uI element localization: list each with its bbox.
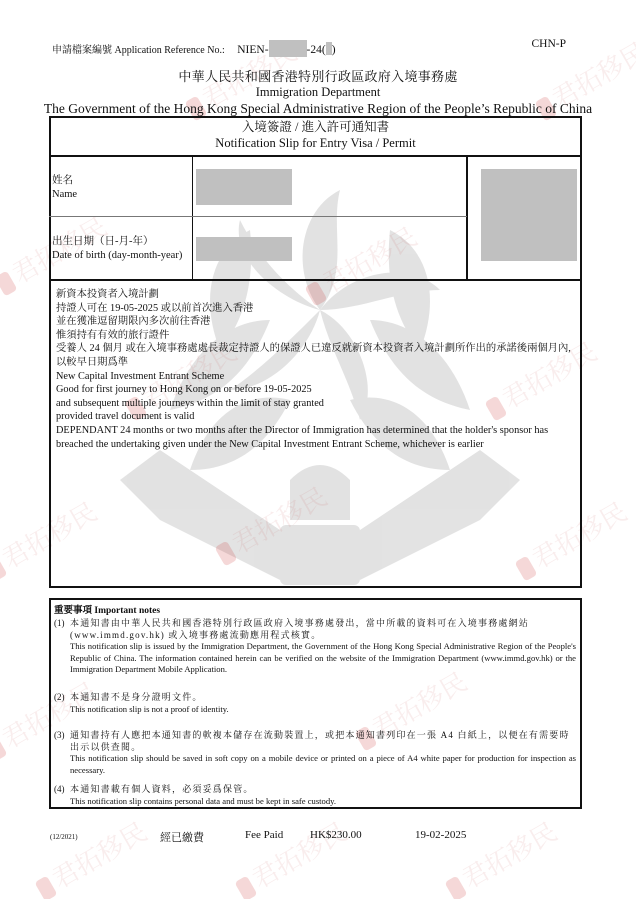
photo-redacted: [481, 169, 577, 261]
reference-number: NIEN--24(): [237, 44, 335, 56]
name-value-redacted: [196, 169, 292, 205]
condition-en: provided travel document is valid: [56, 410, 576, 424]
condition-zh: 受養人 24 個月 或在入境事務處處長裁定持證人的保證人已違反就新資本投資者入境…: [56, 342, 576, 369]
note-item: (3) 通知書持有人應把本通知書的軟複本儲存在流動裝置上，或把本通知書列印在一張…: [54, 730, 576, 776]
condition-zh: 新資本投資者入境計劃: [56, 288, 576, 302]
divider: [192, 157, 193, 280]
entry-conditions: 新資本投資者入境計劃 持證人可在 19-05-2025 或以前首次進入香港 並在…: [56, 288, 576, 451]
note-item: (4) 本通知書載有個人資料，必須妥爲保管。 This notification…: [54, 784, 576, 807]
divider: [466, 157, 468, 280]
slip-title: 入境簽證 / 進入許可通知書 Notification Slip for Ent…: [49, 116, 582, 157]
condition-zh: 惟須持有有效的旅行證件: [56, 329, 576, 343]
dob-label: 出生日期（日-月-年） Date of birth (day-month-yea…: [52, 235, 182, 263]
watermark: 君拓移民: [439, 812, 563, 899]
watermark: 君拓移民: [229, 812, 353, 899]
fee-paid-en: Fee Paid: [245, 829, 283, 841]
condition-en: New Capital Investment Entrant Scheme: [56, 370, 576, 384]
government-name: The Government of the Hong Kong Special …: [0, 101, 636, 117]
watermark: 君拓移民: [29, 812, 153, 899]
reference-label: 申請檔案編號 Application Reference No.:: [52, 45, 225, 56]
issue-date: 19-02-2025: [415, 829, 466, 841]
redacted-block: [269, 40, 307, 57]
note-item: (1) 本通知書由中華人民共和國香港特別行政區政府入境事務處發出，當中所載的資料…: [54, 618, 576, 676]
condition-en: Good for first journey to Hong Kong on o…: [56, 383, 576, 397]
form-version: (12/2021): [50, 833, 78, 841]
condition-zh: 並在獲准逗留期限內多次前往香港: [56, 315, 576, 329]
condition-en: and subsequent multiple journeys within …: [56, 397, 576, 411]
dob-value-redacted: [196, 237, 292, 261]
document-code: CHN-P: [531, 38, 566, 50]
condition-zh: 持證人可在 19-05-2025 或以前首次進入香港: [56, 302, 576, 316]
note-item: (2) 本通知書不是身分證明文件。 This notification slip…: [54, 692, 576, 715]
divider: [49, 216, 467, 217]
important-notes: 重要事項 Important notes (1) 本通知書由中華人民共和國香港特…: [49, 598, 582, 809]
org-name-en: Immigration Department: [0, 85, 636, 100]
fee-amount: HK$230.00: [310, 829, 362, 841]
application-reference: 申請檔案編號 Application Reference No.: NIEN--…: [52, 40, 336, 57]
notes-heading: 重要事項 Important notes: [54, 602, 160, 616]
divider: [49, 279, 582, 281]
condition-en: DEPENDANT 24 months or two months after …: [56, 424, 576, 451]
org-name-zh: 中華人民共和國香港特別行政區政府入境事務處: [0, 66, 636, 85]
fee-paid-zh: 經已繳費: [160, 829, 204, 845]
name-label: 姓名 Name: [52, 174, 77, 202]
slip-title-zh: 入境簽證 / 進入許可通知書: [49, 116, 582, 135]
slip-title-en: Notification Slip for Entry Visa / Permi…: [49, 135, 582, 151]
